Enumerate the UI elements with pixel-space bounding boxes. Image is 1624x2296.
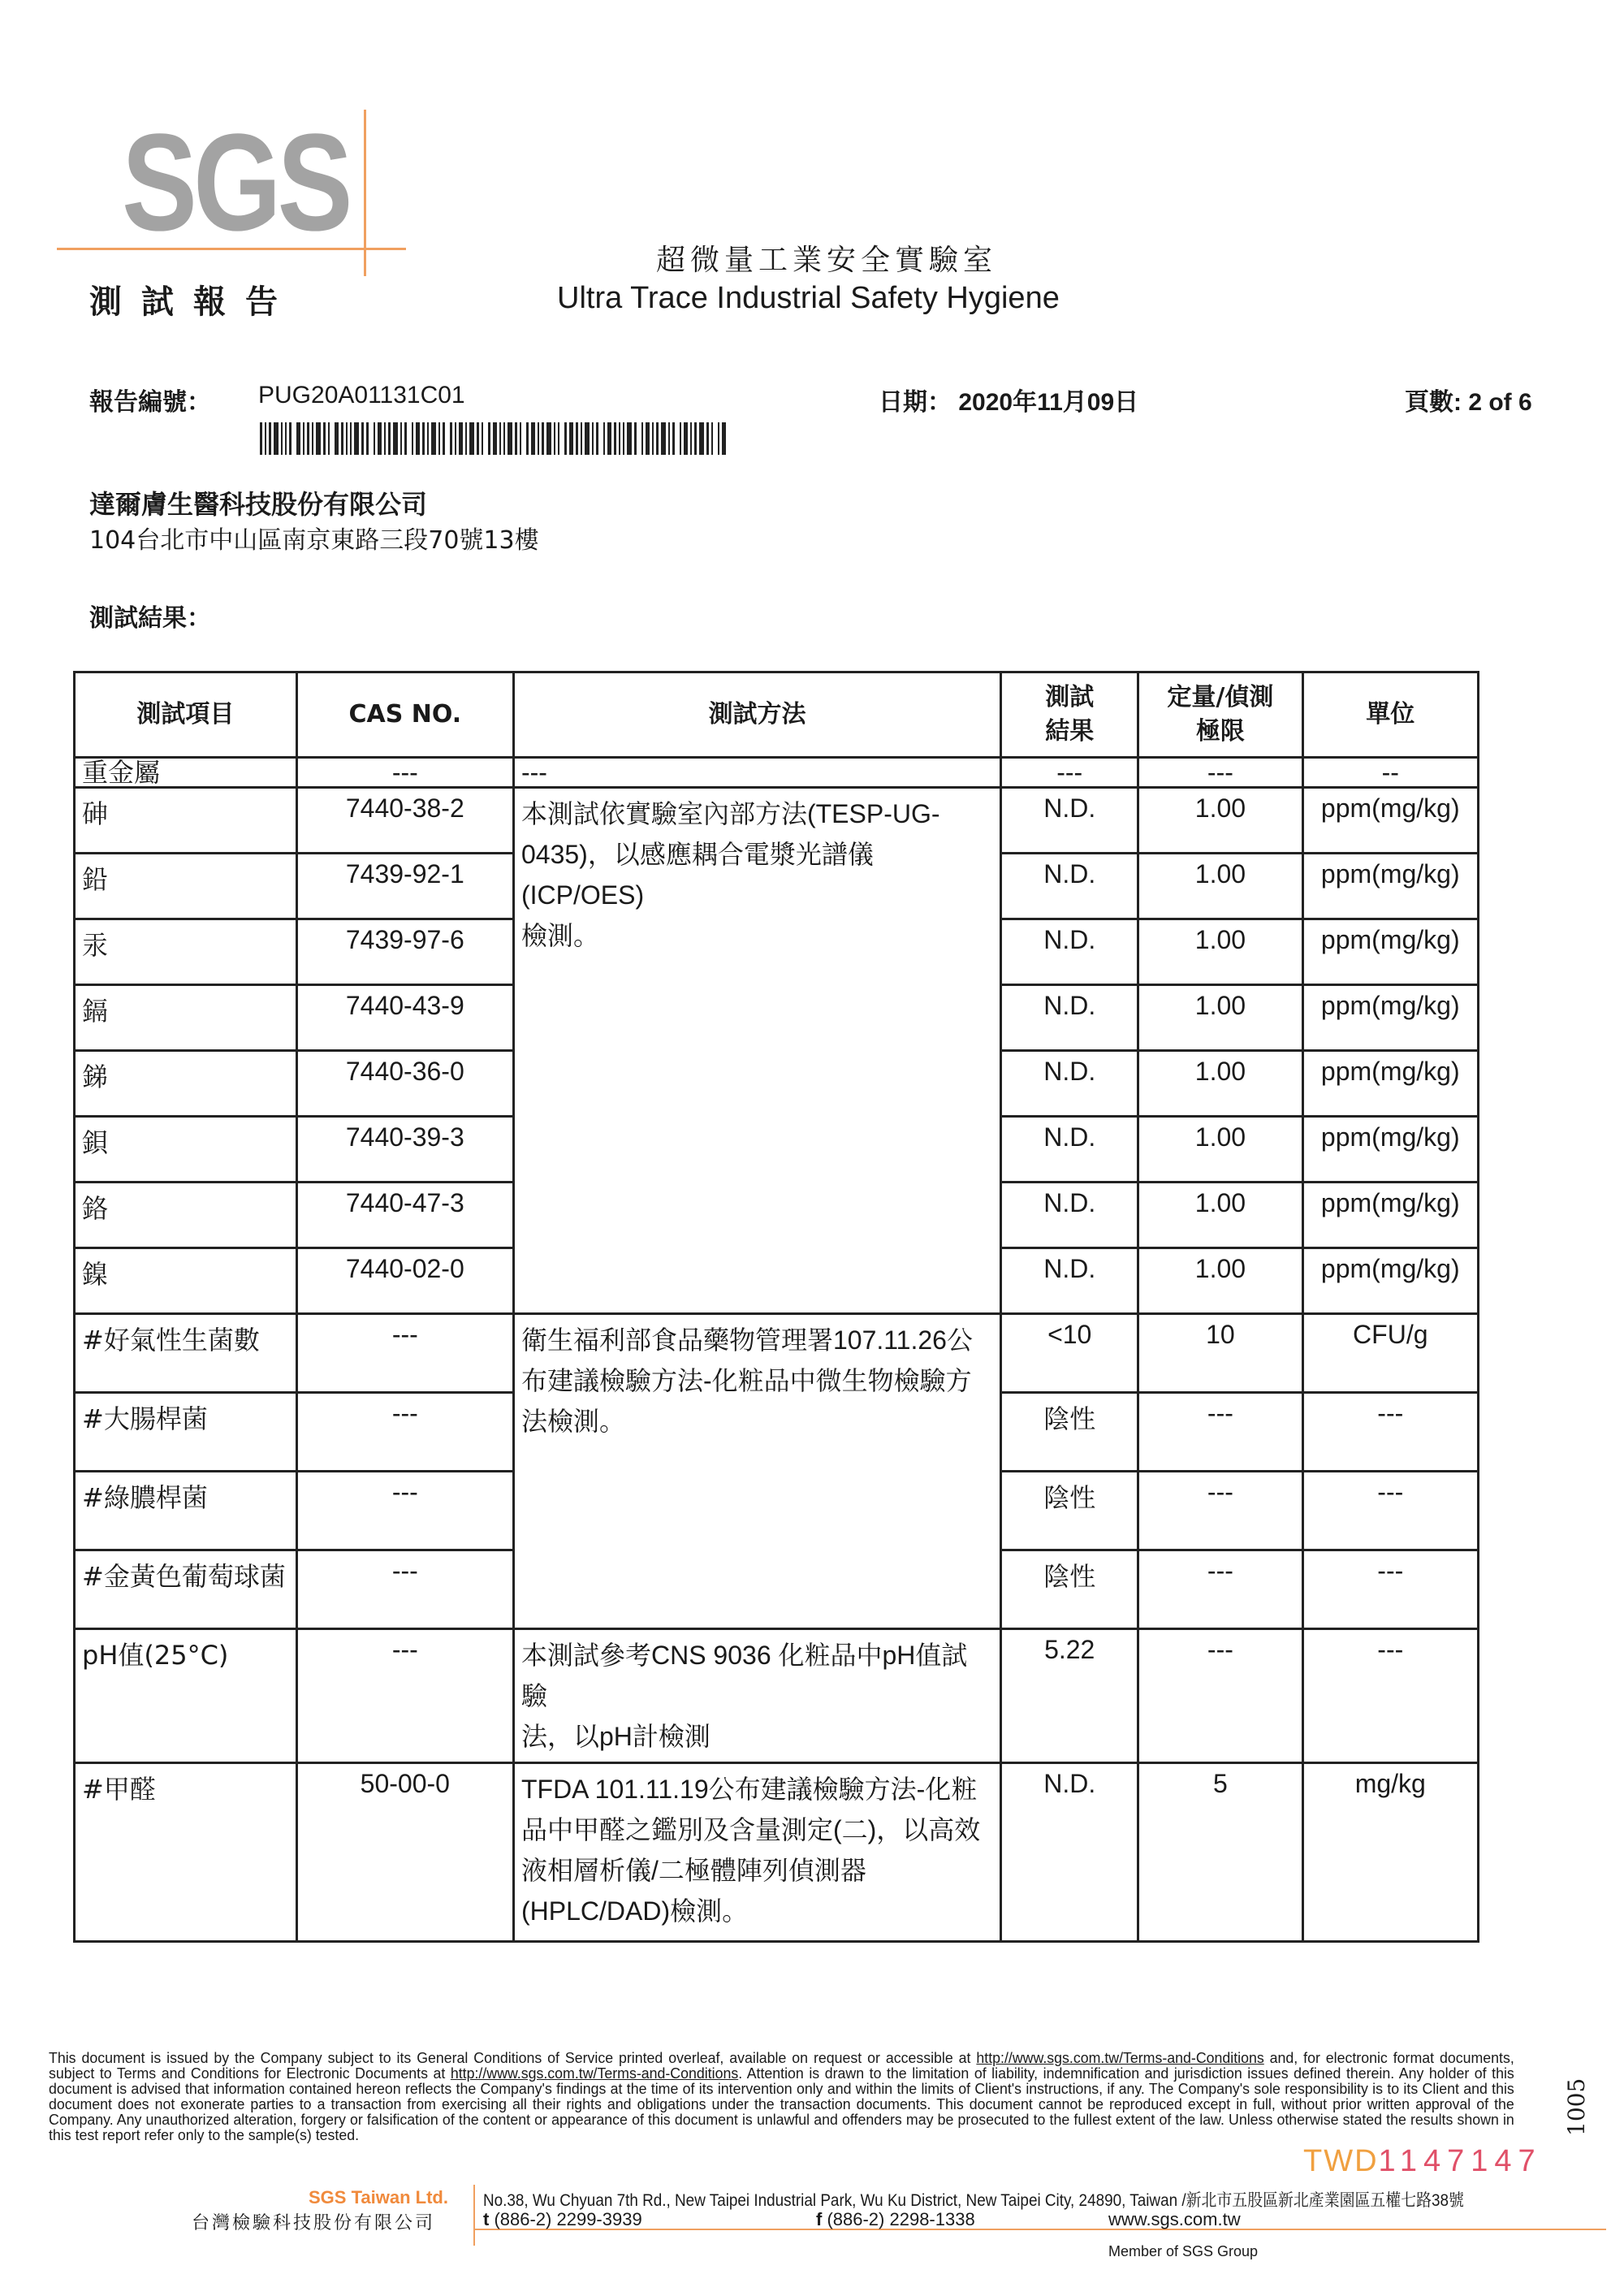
cas-cell: --- bbox=[296, 758, 513, 788]
limit-cell: 1.00 bbox=[1138, 788, 1302, 854]
header-limit: 定量/偵測 極限 bbox=[1138, 672, 1302, 758]
limit-cell: 1.00 bbox=[1138, 919, 1302, 985]
result-cell: N.D. bbox=[1001, 788, 1138, 854]
cas-cell: 7440-43-9 bbox=[296, 985, 513, 1051]
result-cell: 陰性 bbox=[1001, 1393, 1138, 1472]
result-cell: N.D. bbox=[1001, 985, 1138, 1051]
item-cell: #大腸桿菌 bbox=[75, 1393, 297, 1472]
date-value: 2020年11月09日 bbox=[958, 389, 1138, 416]
limit-cell: 5 bbox=[1138, 1763, 1302, 1942]
results-table: 測試項目 CAS NO. 測試方法 測試 結果 定量/偵測 極限 單位 重金屬 … bbox=[73, 671, 1479, 1943]
limit-cell: 1.00 bbox=[1138, 985, 1302, 1051]
cas-cell: 7439-92-1 bbox=[296, 854, 513, 919]
unit-cell: ppm(mg/kg) bbox=[1302, 1051, 1478, 1117]
item-cell: #好氣性生菌數 bbox=[75, 1314, 297, 1393]
unit-cell: mg/kg bbox=[1302, 1763, 1478, 1942]
unit-cell: ppm(mg/kg) bbox=[1302, 854, 1478, 919]
logo-vertical-rule bbox=[364, 110, 366, 276]
result-cell: N.D. bbox=[1001, 1248, 1138, 1314]
cas-cell: 50-00-0 bbox=[296, 1763, 513, 1942]
unit-cell: ppm(mg/kg) bbox=[1302, 1117, 1478, 1183]
unit-cell: ppm(mg/kg) bbox=[1302, 1248, 1478, 1314]
result-cell: --- bbox=[1001, 758, 1138, 788]
date-label: 日期： bbox=[879, 389, 952, 416]
method-cell: 本測試參考CNS 9036 化粧品中pH值試驗 法，以pH計檢測 bbox=[513, 1629, 1000, 1763]
unit-cell: --- bbox=[1302, 1472, 1478, 1550]
legal-disclaimer: This document is issued by the Company s… bbox=[49, 2050, 1514, 2143]
lab-name-zh: 超微量工業安全實驗室 bbox=[656, 237, 997, 279]
cas-cell: --- bbox=[296, 1314, 513, 1393]
serial-digits: 1147147 bbox=[1379, 2144, 1542, 2178]
footer-divider-vertical bbox=[473, 2185, 475, 2246]
footer-phone: t (886-2) 2299-3939 bbox=[483, 2209, 642, 2230]
side-code: 1005 bbox=[1563, 2078, 1590, 2136]
unit-cell: --- bbox=[1302, 1629, 1478, 1763]
footer-address: No.38, Wu Chyuan 7th Rd., New Taipei Ind… bbox=[483, 2187, 1464, 2212]
report-date: 日期： 2020年11月09日 bbox=[879, 382, 1138, 417]
client-company: 達爾膚生醫科技股份有限公司 bbox=[89, 484, 427, 521]
page-indicator: 頁數: 2 of 6 bbox=[1405, 382, 1532, 417]
unit-cell: --- bbox=[1302, 1393, 1478, 1472]
header-result: 測試 結果 bbox=[1001, 672, 1138, 758]
unit-cell: -- bbox=[1302, 758, 1478, 788]
item-cell: 銻 bbox=[75, 1051, 297, 1117]
footer-website[interactable]: www.sgs.com.tw bbox=[1108, 2209, 1241, 2230]
cas-cell: 7440-36-0 bbox=[296, 1051, 513, 1117]
table-row: #好氣性生菌數---衛生福利部食品藥物管理署107.11.26公 布建議檢驗方法… bbox=[75, 1314, 1479, 1393]
limit-cell: 1.00 bbox=[1138, 854, 1302, 919]
result-cell: N.D. bbox=[1001, 1051, 1138, 1117]
footer-member: Member of SGS Group bbox=[1108, 2243, 1258, 2260]
cas-cell: 7440-47-3 bbox=[296, 1183, 513, 1248]
table-row-heavy-metals: 重金屬 --- --- --- --- -- bbox=[75, 758, 1479, 788]
cas-cell: 7440-39-3 bbox=[296, 1117, 513, 1183]
item-cell: 鋇 bbox=[75, 1117, 297, 1183]
limit-cell: 1.00 bbox=[1138, 1051, 1302, 1117]
limit-cell: --- bbox=[1138, 1629, 1302, 1763]
method-cell: TFDA 101.11.19公布建議檢驗方法-化粧 品中甲醛之鑑別及含量測定(二… bbox=[513, 1763, 1000, 1942]
result-cell: 陰性 bbox=[1001, 1550, 1138, 1629]
results-label: 測試結果： bbox=[89, 598, 211, 633]
table-row: #甲醛50-00-0TFDA 101.11.19公布建議檢驗方法-化粧 品中甲醛… bbox=[75, 1763, 1479, 1942]
footer-divider-horizontal bbox=[473, 2229, 1606, 2230]
electronic-terms-link[interactable]: http://www.sgs.com.tw/Terms-and-Conditio… bbox=[451, 2065, 738, 2082]
item-cell: 鉛 bbox=[75, 854, 297, 919]
unit-cell: ppm(mg/kg) bbox=[1302, 788, 1478, 854]
cas-cell: 7439-97-6 bbox=[296, 919, 513, 985]
unit-cell: ppm(mg/kg) bbox=[1302, 985, 1478, 1051]
result-cell: N.D. bbox=[1001, 1763, 1138, 1942]
cas-cell: 7440-38-2 bbox=[296, 788, 513, 854]
phone-number: (886-2) 2299-3939 bbox=[494, 2209, 641, 2229]
footer-company-zh: 台灣檢驗科技股份有限公司 bbox=[192, 2209, 435, 2234]
item-cell: #金黃色葡萄球菌 bbox=[75, 1550, 297, 1629]
item-cell: #綠膿桿菌 bbox=[75, 1472, 297, 1550]
terms-link[interactable]: http://www.sgs.com.tw/Terms-and-Conditio… bbox=[976, 2049, 1263, 2066]
limit-cell: --- bbox=[1138, 758, 1302, 788]
limit-cell: 1.00 bbox=[1138, 1183, 1302, 1248]
cas-cell: --- bbox=[296, 1393, 513, 1472]
page-value: : 2 of 6 bbox=[1453, 389, 1532, 416]
item-cell: 砷 bbox=[75, 788, 297, 854]
result-cell: N.D. bbox=[1001, 919, 1138, 985]
limit-cell: 10 bbox=[1138, 1314, 1302, 1393]
cas-cell: --- bbox=[296, 1472, 513, 1550]
barcode bbox=[260, 422, 873, 455]
item-cell: pH值(25°C) bbox=[75, 1629, 297, 1763]
result-cell: <10 bbox=[1001, 1314, 1138, 1393]
item-cell: 鎳 bbox=[75, 1248, 297, 1314]
footer-company-en: SGS Taiwan Ltd. bbox=[309, 2187, 448, 2208]
unit-cell: ppm(mg/kg) bbox=[1302, 919, 1478, 985]
serial-number: TWD1147147 bbox=[1303, 2144, 1542, 2179]
cas-cell: --- bbox=[296, 1629, 513, 1763]
item-cell: 汞 bbox=[75, 919, 297, 985]
limit-cell: 1.00 bbox=[1138, 1248, 1302, 1314]
limit-cell: --- bbox=[1138, 1550, 1302, 1629]
fax-label: f bbox=[816, 2209, 822, 2229]
cas-cell: --- bbox=[296, 1550, 513, 1629]
result-cell: 5.22 bbox=[1001, 1629, 1138, 1763]
client-address: 104台北市中山區南京東路三段70號13樓 bbox=[89, 520, 539, 556]
header-method: 測試方法 bbox=[513, 672, 1000, 758]
disclaimer-text: This document is issued by the Company s… bbox=[49, 2049, 976, 2066]
item-cell: 鉻 bbox=[75, 1183, 297, 1248]
item-cell: 重金屬 bbox=[75, 758, 297, 788]
limit-cell: --- bbox=[1138, 1393, 1302, 1472]
item-cell: #甲醛 bbox=[75, 1763, 297, 1942]
item-cell: 鎘 bbox=[75, 985, 297, 1051]
lab-name-en: Ultra Trace Industrial Safety Hygiene bbox=[557, 281, 1060, 316]
cas-cell: 7440-02-0 bbox=[296, 1248, 513, 1314]
header-item: 測試項目 bbox=[75, 672, 297, 758]
fax-number: (886-2) 2298-1338 bbox=[827, 2209, 974, 2229]
report-number: PUG20A01131C01 bbox=[258, 382, 465, 409]
limit-cell: --- bbox=[1138, 1472, 1302, 1550]
report-number-label: 報告編號： bbox=[89, 382, 211, 417]
result-cell: N.D. bbox=[1001, 1183, 1138, 1248]
table-header-row: 測試項目 CAS NO. 測試方法 測試 結果 定量/偵測 極限 單位 bbox=[75, 672, 1479, 758]
unit-cell: ppm(mg/kg) bbox=[1302, 1183, 1478, 1248]
unit-cell: --- bbox=[1302, 1550, 1478, 1629]
table-row: pH值(25°C)---本測試參考CNS 9036 化粧品中pH值試驗 法，以p… bbox=[75, 1629, 1479, 1763]
footer-fax: f (886-2) 2298-1338 bbox=[816, 2209, 975, 2230]
limit-cell: 1.00 bbox=[1138, 1117, 1302, 1183]
page-label: 頁數 bbox=[1405, 389, 1453, 416]
header-unit: 單位 bbox=[1302, 672, 1478, 758]
table-row: 砷7440-38-2本測試依實驗室內部方法(TESP-UG- 0435)，以感應… bbox=[75, 788, 1479, 854]
result-cell: N.D. bbox=[1001, 1117, 1138, 1183]
method-cell: 本測試依實驗室內部方法(TESP-UG- 0435)，以感應耦合電漿光譜儀(IC… bbox=[513, 788, 1000, 1314]
method-cell: --- bbox=[513, 758, 1000, 788]
sgs-logo: SGS bbox=[122, 114, 349, 252]
header-cas: CAS NO. bbox=[296, 672, 513, 758]
report-title: 測試報告 bbox=[89, 276, 297, 322]
method-cell: 衛生福利部食品藥物管理署107.11.26公 布建議檢驗方法-化粧品中微生物檢驗… bbox=[513, 1314, 1000, 1629]
logo-horizontal-rule bbox=[57, 248, 406, 250]
serial-prefix: TWD bbox=[1303, 2144, 1379, 2178]
result-cell: N.D. bbox=[1001, 854, 1138, 919]
unit-cell: CFU/g bbox=[1302, 1314, 1478, 1393]
phone-label: t bbox=[483, 2209, 489, 2229]
result-cell: 陰性 bbox=[1001, 1472, 1138, 1550]
